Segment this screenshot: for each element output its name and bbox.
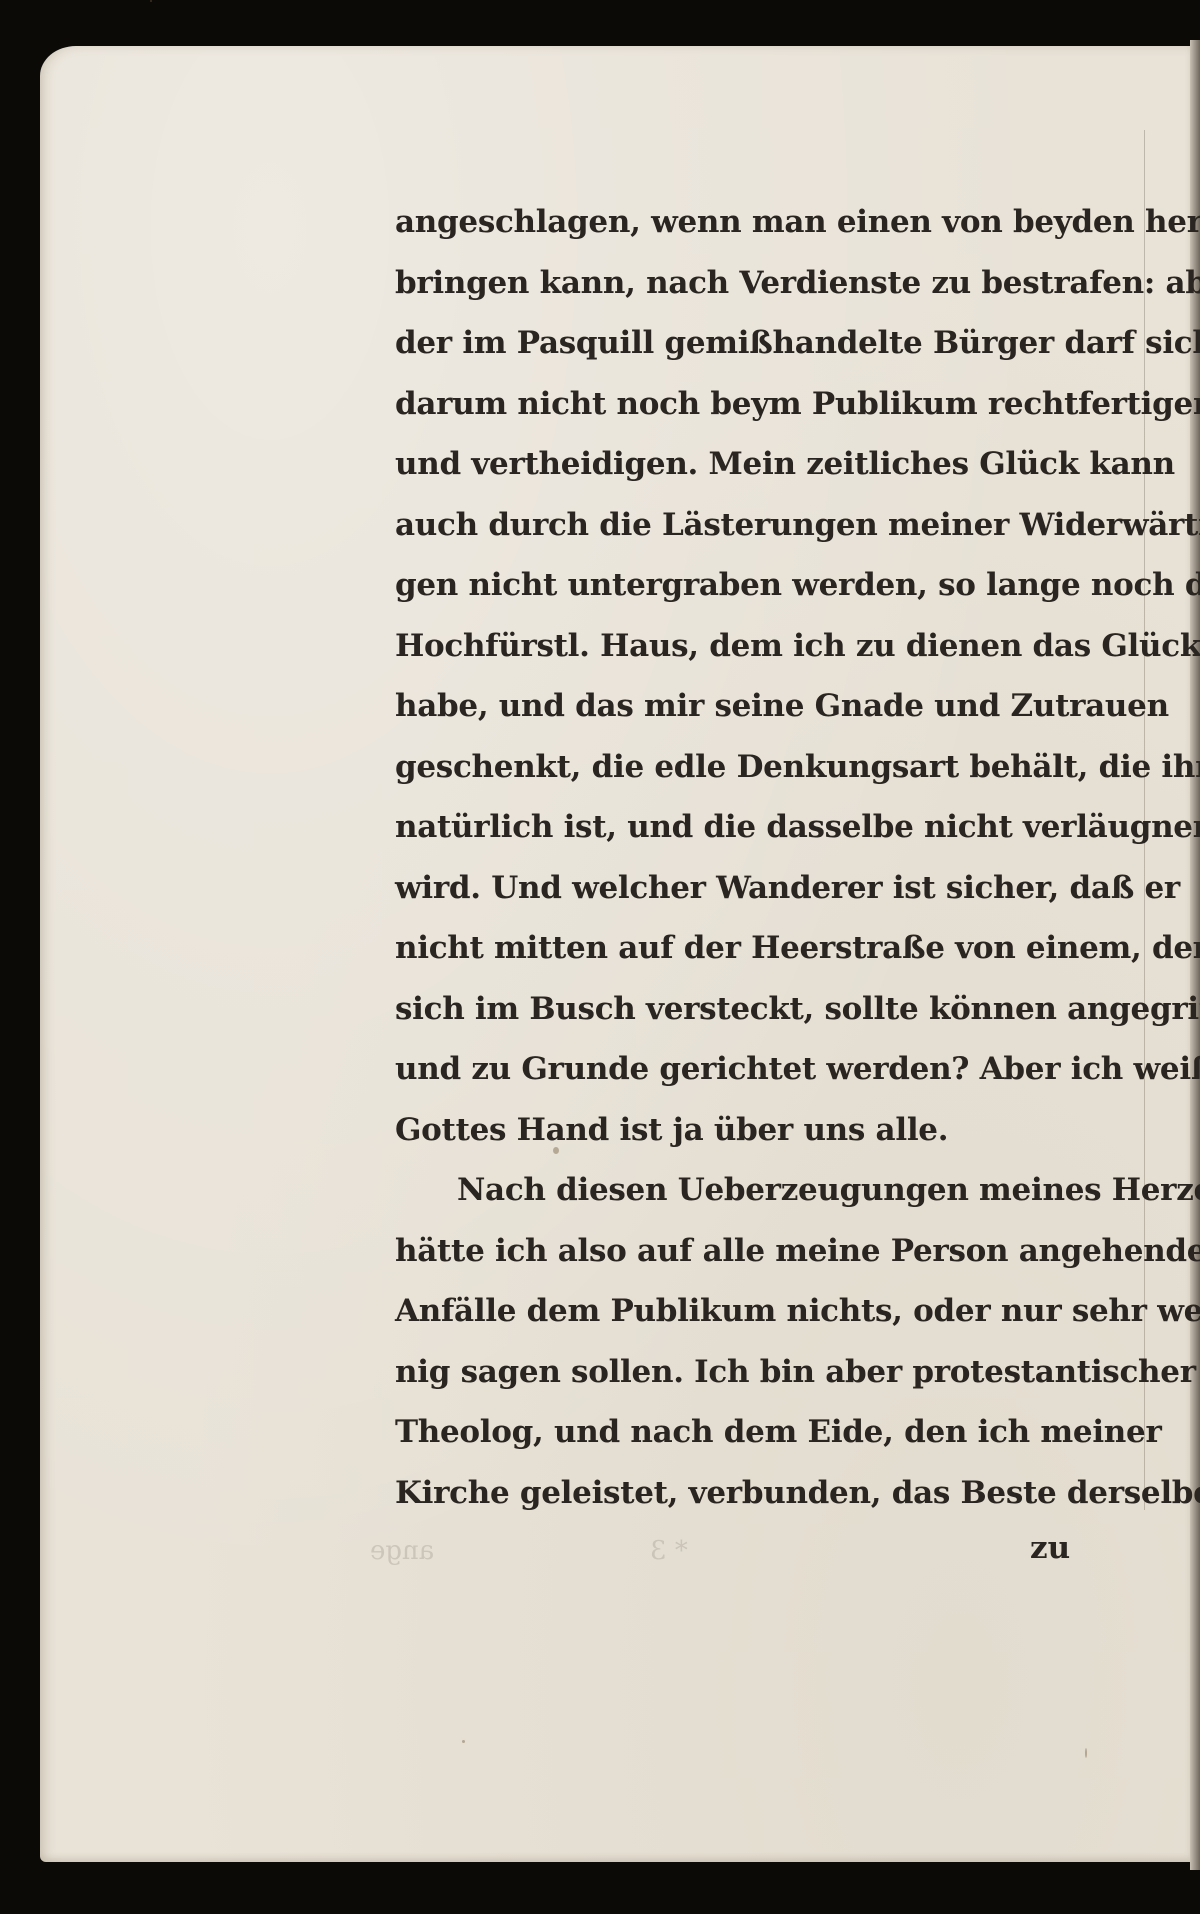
scan-background: ange * 3 angeschlagen, wenn man einen vo… — [0, 0, 1200, 1914]
text-line: geschenkt, die edle Denkungsart behält, … — [395, 737, 1083, 798]
text-line: Theolog, und nach dem Eide, den ich mein… — [395, 1402, 1083, 1463]
bleed-through-text: ange — [370, 1536, 434, 1566]
text-line: nig sagen sollen. Ich bin aber protestan… — [395, 1342, 1083, 1403]
paper-speck — [462, 1740, 465, 1743]
text-line: habe, und das mir seine Gnade und Zutrau… — [395, 676, 1083, 737]
bleed-through-page-number: * 3 — [650, 1536, 688, 1566]
text-line: bringen kann, nach Verdienste zu bestraf… — [395, 253, 1083, 314]
text-line: sich im Busch versteckt, sollte können a… — [395, 979, 1083, 1040]
text-line: wird. Und welcher Wanderer ist sicher, d… — [395, 858, 1083, 919]
text-line: darum nicht noch beym Publikum rechtfert… — [395, 374, 1083, 435]
text-line: Anfälle dem Publikum nichts, oder nur se… — [395, 1281, 1083, 1342]
text-line: gen nicht untergraben werden, so lange n… — [395, 555, 1083, 616]
text-line: und zu Grunde gerichtet werden? Aber ich… — [395, 1039, 1083, 1100]
catchword: zu — [1030, 1530, 1070, 1566]
paragraph-end-line: Gottes Hand ist ja über uns alle. — [395, 1100, 1083, 1161]
body-text: angeschlagen, wenn man einen von beyden … — [395, 192, 1083, 1523]
paper-speck — [1085, 1748, 1087, 1758]
paper-speck — [150, 0, 152, 2]
text-line: Hochfürstl. Haus, dem ich zu dienen das … — [395, 616, 1083, 677]
text-line: der im Pasquill gemißhandelte Bürger dar… — [395, 313, 1083, 374]
text-line: Kirche geleistet, verbunden, das Beste d… — [395, 1463, 1083, 1524]
text-line: nicht mitten auf der Heerstraße von eine… — [395, 918, 1083, 979]
paragraph-start-line: Nach diesen Ueberzeugungen meines Herzen… — [395, 1160, 1083, 1221]
text-line: und vertheidigen. Mein zeitliches Glück … — [395, 434, 1083, 495]
text-line: angeschlagen, wenn man einen von beyden … — [395, 192, 1083, 253]
text-line: natürlich ist, und die dasselbe nicht ve… — [395, 797, 1083, 858]
paper-speck — [553, 1147, 559, 1154]
text-line: auch durch die Lästerungen meiner Widerw… — [395, 495, 1083, 556]
text-line: hätte ich also auf alle meine Person ang… — [395, 1221, 1083, 1282]
